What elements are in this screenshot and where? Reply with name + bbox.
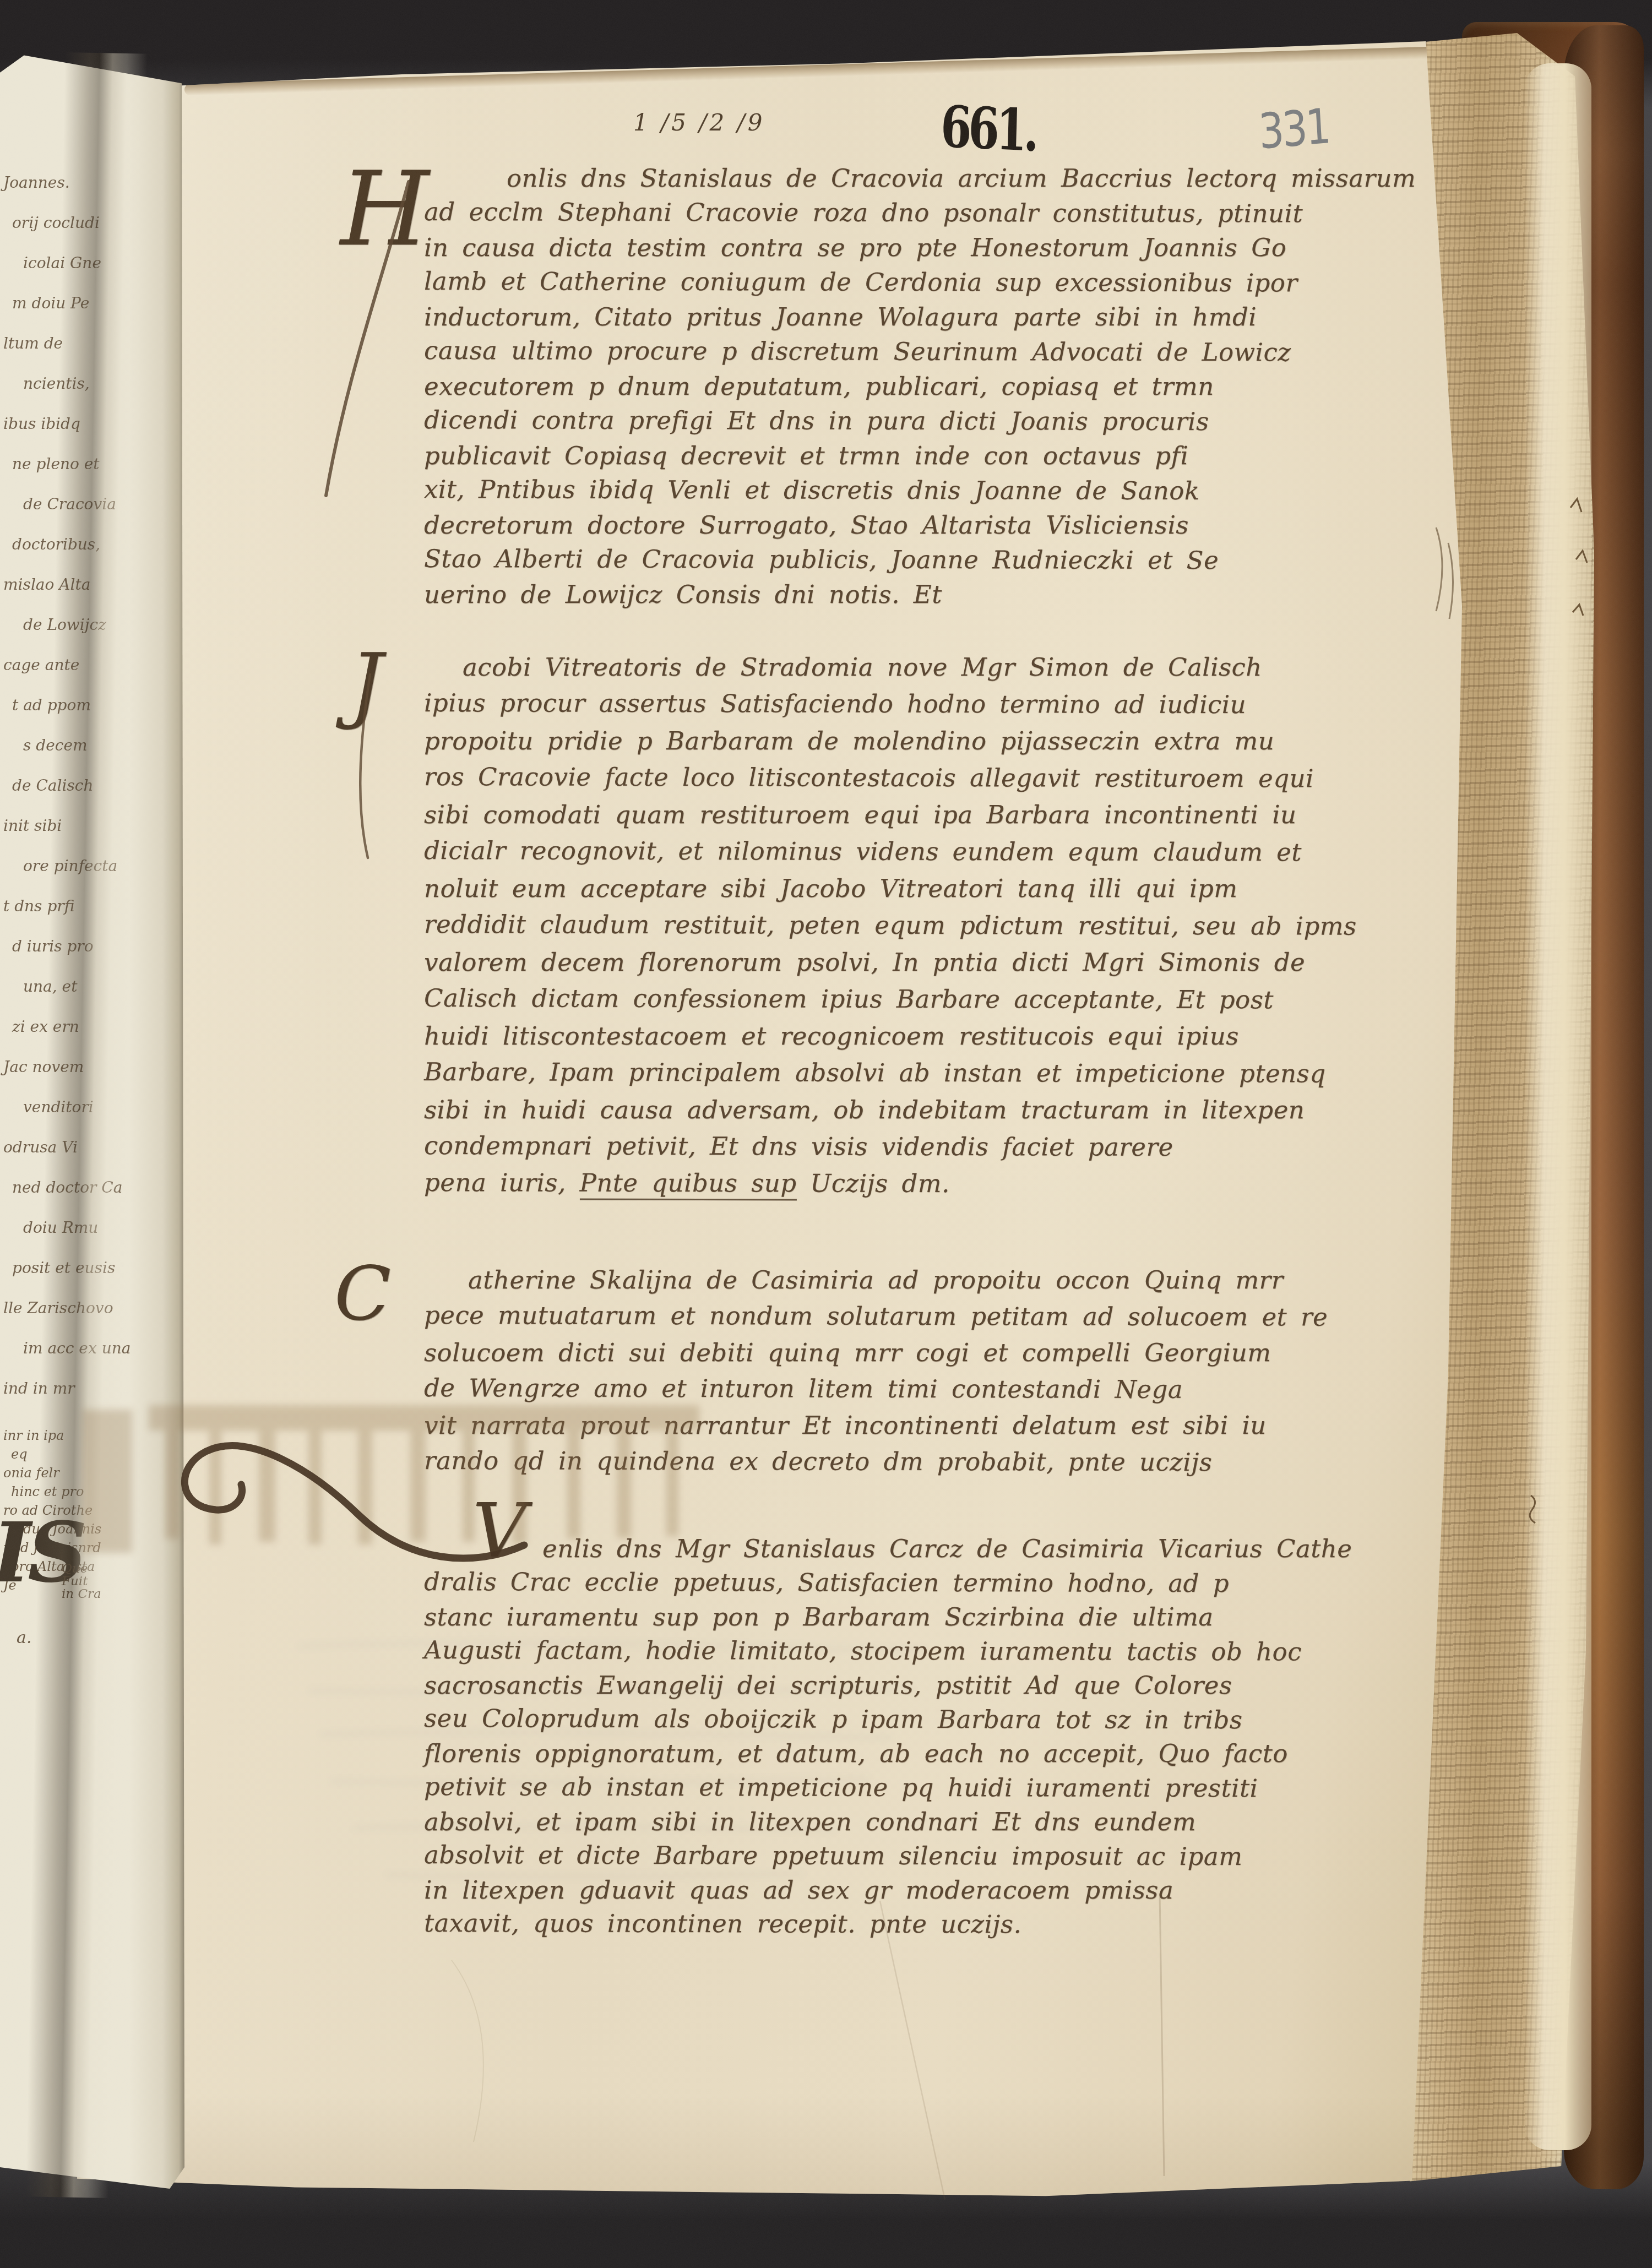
manuscript-line: huidi litiscontestacoem et recognicoem r… bbox=[424, 1018, 1470, 1054]
manuscript-line: vit narrata prout narrantur Et incontine… bbox=[424, 1407, 1470, 1444]
manuscript-line: valorem decem florenorum psolvi, In pnti… bbox=[424, 944, 1470, 981]
manuscript-line: sibi in huidi causa adversam, ob indebit… bbox=[424, 1091, 1470, 1128]
manuscript-line: propoitu pridie p Barbaram de molendino … bbox=[424, 722, 1470, 759]
manuscript-line: absolvi, et ipam sibi in litexpen condna… bbox=[424, 1805, 1470, 1839]
manuscript-page: 1 /5 /2 /9 661. 331 H onlis dns Stanisla… bbox=[74, 33, 1462, 2202]
manuscript-line: in litexpen gduavit quas ad sex gr moder… bbox=[424, 1873, 1470, 1907]
manuscript-line: reddidit claudum restituit, peten equm p… bbox=[424, 906, 1470, 945]
manuscript-line: pece mutuatarum et nondum solutarum peti… bbox=[424, 1297, 1470, 1336]
photo-stage: 1 /5 /2 /9 661. 331 H onlis dns Stanisla… bbox=[0, 0, 1652, 2268]
manuscript-line: de Wengrze amo et inturon litem timi con… bbox=[424, 1370, 1470, 1408]
manuscript-line: uerino de Lowijcz Consis dni notis. Et bbox=[424, 577, 1470, 612]
protruding-page-edges bbox=[1524, 63, 1591, 2150]
manuscript-line: ad ecclm Stephani Cracovie roza dno pson… bbox=[424, 194, 1470, 231]
manuscript-line: condempnari petivit, Et dns visis vidend… bbox=[424, 1127, 1470, 1166]
manuscript-line: inductorum, Citato pritus Joanne Wolagur… bbox=[424, 300, 1470, 334]
paragraph3-lines: atherine Skalijna de Casimiria ad propoi… bbox=[424, 1262, 1470, 1480]
manuscript-line: dicialr recognovit, et nilominus videns … bbox=[424, 832, 1470, 871]
manuscript-line: Calisch dictam confessionem ipius Barbar… bbox=[424, 980, 1470, 1019]
paragraph2-final-line: pena iuris, Pnte quibus sup Uczijs dm. bbox=[424, 1164, 1470, 1203]
manuscript-line: Stao Alberti de Cracovia publicis, Joann… bbox=[424, 541, 1470, 578]
paragraph-3: atherine Skalijna de Casimiria ad propoi… bbox=[424, 1262, 1470, 1480]
year-heading: 1 /5 /2 /9 bbox=[633, 109, 765, 136]
manuscript-line: dralis Crac ecclie ppetuus, Satisfacien … bbox=[424, 1565, 1470, 1601]
paragraph-2: acobi Vitreatoris de Stradomia nove Mgr … bbox=[424, 649, 1470, 1202]
paragraph-1: onlis dns Stanislaus de Cracovia arcium … bbox=[424, 161, 1470, 612]
final-line-underlined: Pnte quibus sup bbox=[579, 1168, 796, 1201]
paragraph4-lines: enlis dns Mgr Stanislaus Carcz de Casimi… bbox=[424, 1532, 1470, 1941]
manuscript-line: sacrosanctis Ewangelij dei scripturis, p… bbox=[424, 1668, 1470, 1703]
manuscript-line: decretorum doctore Surrogato, Stao Altar… bbox=[424, 508, 1470, 542]
folio-number-ink: 661. bbox=[940, 93, 1037, 165]
manuscript-line: lamb et Catherine coniugum de Cerdonia s… bbox=[424, 264, 1470, 301]
manuscript-line: executorem p dnum deputatum, publicari, … bbox=[424, 369, 1470, 404]
manuscript-line: causa ultimo procure p discretum Seurinu… bbox=[424, 333, 1470, 370]
manuscript-line: absolvit et dicte Barbare ppetuum silenc… bbox=[424, 1838, 1470, 1874]
final-line-post: Uczijs dm. bbox=[797, 1168, 950, 1198]
final-line-pre: pena iuris, bbox=[424, 1168, 580, 1198]
paragraph3-initial: C bbox=[334, 1257, 391, 1331]
manuscript-line: florenis oppignoratum, et datum, ab each… bbox=[424, 1737, 1470, 1771]
paragraph4-initial: V bbox=[472, 1493, 526, 1568]
manuscript-line: onlis dns Stanislaus de Cracovia arcium … bbox=[424, 161, 1470, 195]
manuscript-line: rando qd in quindena ex decreto dm proba… bbox=[424, 1443, 1470, 1481]
manuscript-line: atherine Skalijna de Casimiria ad propoi… bbox=[424, 1262, 1470, 1298]
manuscript-line: in causa dicta testim contra se pro pte … bbox=[424, 230, 1470, 265]
manuscript-line: ipius procur assertus Satisfaciendo hodn… bbox=[424, 684, 1470, 724]
paragraph2-initial: J bbox=[350, 643, 383, 726]
folio-number-pencil: 331 bbox=[1257, 97, 1330, 160]
paragraph1-lines: onlis dns Stanislaus de Cracovia arcium … bbox=[424, 161, 1470, 612]
manuscript-line: xit, Pntibus ibidq Venli et discretis dn… bbox=[424, 472, 1470, 509]
manuscript-line: dicendi contra prefigi Et dns in pura di… bbox=[424, 403, 1470, 439]
paragraph-4: enlis dns Mgr Stanislaus Carcz de Casimi… bbox=[424, 1532, 1470, 1941]
manuscript-line: noluit eum acceptare sibi Jacobo Vitreat… bbox=[424, 870, 1470, 907]
paragraph2-lines: acobi Vitreatoris de Stradomia nove Mgr … bbox=[424, 649, 1470, 1165]
left-page-tail-fragment: a. bbox=[17, 1628, 31, 1647]
manuscript-line: publicavit Copiasq decrevit et trmn inde… bbox=[424, 438, 1470, 473]
manuscript-line: ros Cracovie facte loco litiscontestacoi… bbox=[424, 758, 1470, 797]
manuscript-line: Barbare, Ipam principalem absolvi ab ins… bbox=[424, 1053, 1470, 1092]
manuscript-line: seu Coloprudum als oboijczik p ipam Barb… bbox=[424, 1701, 1470, 1738]
manuscript-line: taxavit, quos incontinen recepit. pnte u… bbox=[424, 1906, 1470, 1943]
manuscript-line: sibi comodati quam restituroem equi ipa … bbox=[424, 796, 1470, 833]
manuscript-line: enlis dns Mgr Stanislaus Carcz de Casimi… bbox=[424, 1532, 1470, 1566]
manuscript-line: Augusti factam, hodie limitato, stocipem… bbox=[424, 1633, 1470, 1669]
manuscript-line: petivit se ab instan et impeticione pq h… bbox=[424, 1770, 1470, 1806]
manuscript-line: solucoem dicti sui debiti quinq mrr cogi… bbox=[424, 1335, 1470, 1371]
manuscript-line: acobi Vitreatoris de Stradomia nove Mgr … bbox=[424, 649, 1470, 686]
paragraph1-initial: H bbox=[340, 159, 429, 260]
manuscript-line: stanc iuramentu sup pon p Barbaram Sczir… bbox=[424, 1600, 1470, 1634]
